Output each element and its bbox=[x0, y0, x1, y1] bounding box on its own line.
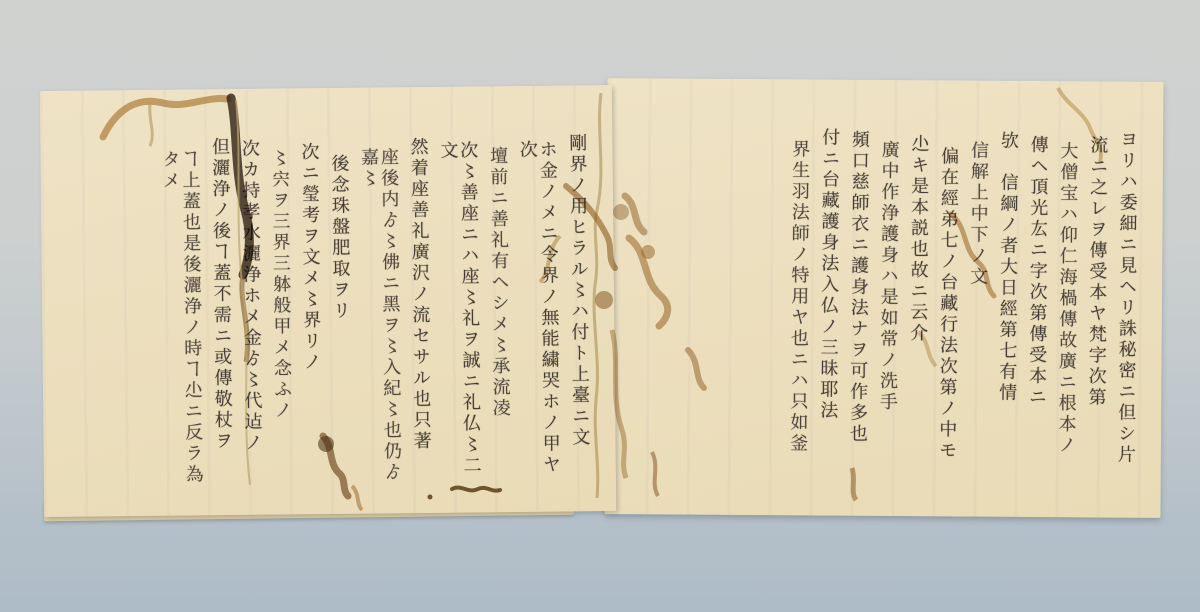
text-column: 付ニ台藏護身法入仏ノ三昧耶法 bbox=[817, 128, 839, 494]
text-column: 信解上中下ノ文 bbox=[966, 129, 988, 495]
text-column: 頻口慈師衣ニ護身法ナヲ可作多也 bbox=[847, 128, 869, 494]
text-column: ヿ上蓋也是後灑浄ノ時ヿ尐ニ反ラ為タメ bbox=[160, 137, 203, 493]
left-page: 剛界ノ用ヒラル〻ハ付ト上臺ニ文ホ金ノメニ令界ノ無能繍哭ホノ甲ヤ次壇前ニ善礼有ヘシ… bbox=[40, 85, 616, 517]
text-column: 然着座善礼廣沢ノ流セサル也只著 bbox=[408, 135, 432, 491]
text-column: ヨリハ委細ニ見ヘリ誅秘密ニ但シ片 bbox=[1115, 130, 1137, 496]
text-column: 但灑浄ノ後ヿ蓋不需ニ或傳敬杖ヲ bbox=[209, 137, 233, 493]
manuscript-photo: ヨリハ委細ニ見ヘリ誅秘密ニ但シ片流ニ之レヲ傳受本ヤ梵字次第大僧宝ハ仰仁海楇傳故廣… bbox=[0, 0, 1200, 612]
left-page-text: 剛界ノ用ヒラル〻ハ付ト上臺ニ文ホ金ノメニ令界ノ無能繍哭ホノ甲ヤ次壇前ニ善礼有ヘシ… bbox=[52, 133, 600, 495]
text-column: 欤 信綱ノ者大日經第七有情 bbox=[996, 129, 1018, 495]
text-column: 後念珠盤肥取ヲリ bbox=[328, 136, 352, 492]
right-page: ヨリハ委細ニ見ヘリ誅秘密ニ但シ片流ニ之レヲ傳受本ヤ梵字次第大僧宝ハ仰仁海楇傳故廣… bbox=[604, 78, 1163, 518]
text-column: 次ニ瑩考ヲ文メ〻界リノ bbox=[299, 136, 323, 492]
text-column: 次〻善座ニハ座〻礼ヲ誠ニ礼仏〻二文 bbox=[437, 134, 480, 490]
text-column: 大僧宝ハ仰仁海楇傳故廣ニ根本ノ bbox=[1055, 129, 1077, 495]
text-column: 壇前ニ善礼有ヘシメ〻承流凌 bbox=[487, 134, 511, 490]
text-column: 廣中作浄護身ハ是如常ノ洗手 bbox=[876, 128, 898, 494]
text-column: 次カ持孝水灑浄ホメ金ゟ〻代迠ノ bbox=[239, 137, 263, 493]
text-column: 傳ヘ頂光厷ニ字次第傳受本ニ bbox=[1025, 129, 1047, 495]
text-column: 座後内ゟ〻佛ニ黑ヲ〻入紀〻也仍ゟ嘉〻 bbox=[358, 135, 401, 491]
text-column: 流ニ之レヲ傳受本ヤ梵字次第 bbox=[1085, 129, 1107, 495]
text-column: 偏在經弟七ノ台藏行法次第ノ中モ bbox=[936, 128, 958, 494]
text-column: 界生羽法師ノ特用ヤ也ニハ只如釜 bbox=[787, 127, 809, 493]
right-page-text: ヨリハ委細ニ見ヘリ誅秘密ニ但シ片流ニ之レヲ傳受本ヤ梵字次第大僧宝ハ仰仁海楇傳故廣… bbox=[617, 126, 1148, 496]
text-column: 〻宍ヲ三界三躰般甲メ念ふノ bbox=[269, 136, 293, 492]
text-column: 剛界ノ用ヒラル〻ハ付ト上臺ニ文 bbox=[566, 133, 590, 489]
text-column: 尐キ是本説也故ニ云介 bbox=[906, 128, 928, 494]
text-column: ホ金ノメニ令界ノ無能繍哭ホノ甲ヤ次 bbox=[517, 134, 560, 490]
